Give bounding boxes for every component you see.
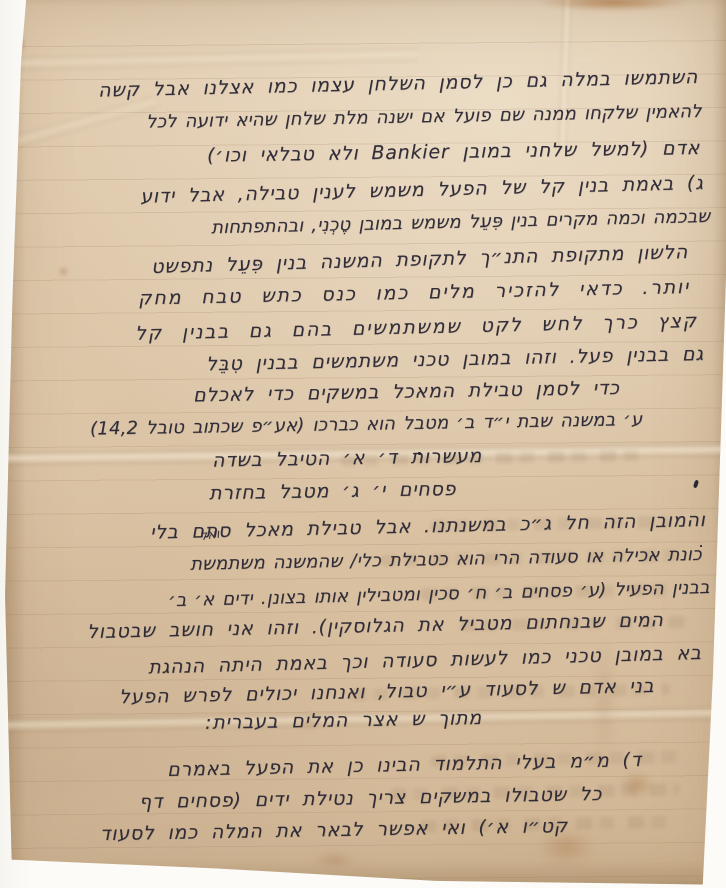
handwritten-line-8: קצץ כרך לחש לקט שמשתמשים בהם גם בבנין קל (135, 310, 698, 345)
stain-left-middle (0, 310, 13, 344)
handwritten-line-21: ד) מ״מ בעלי התלמוד הבינו כן את הפעל באמר… (167, 749, 642, 781)
handwritten-line-7: יותר. כדאי להזכיר מלים כמו כנס כתש טבח מ… (138, 276, 690, 310)
handwritten-line-18: בא במובן טכני כמו לעשות סעודה וכך באמת ה… (148, 642, 702, 678)
handwritten-line-20: מתוך ש אצר המלים בעברית: (205, 707, 482, 734)
handwritten-line-13: פסחים י׳ ג׳ מטבל בחזרת (209, 478, 457, 504)
handwritten-line-16: בבנין הפעיל (ע׳ פסחים ב׳ ח׳ סכין ומטבילי… (168, 577, 710, 611)
handwritten-line-3: אדם (למשל שלחני במובן Bankier ולא טבלאי … (207, 137, 700, 167)
handwritten-line-23: קט״ו א׳) ואי אפשר לבאר את המלה כמו לסעוד (100, 815, 568, 845)
handwritten-line-4: ג) באמת בנין קל של הפעל משמש לענין טבילה… (140, 172, 704, 208)
handwritten-line-11: ע׳ במשנה שבת י״ד ב׳ מטבל הוא כברכו (אע״פ… (89, 409, 642, 440)
interline-insertion: ואל (199, 527, 221, 545)
handwritten-line-15: כונת אכילה או סעודה הרי הוא כטבילת כלי/ … (190, 544, 702, 575)
handwritten-line-10: כדי לסמן טבילת המאכל במשקים כדי לאכלם (193, 377, 620, 406)
handwritten-line-22: כל שטבולו במשקים צריך נטילת ידים (פסחים … (139, 783, 602, 813)
handwritten-line-12: מעשרות ד׳ א׳ הטיבל בשדה (212, 445, 482, 472)
handwritten-line-9: גם בבנין פעל. וזהו במובן טכני משתמשים בב… (206, 343, 704, 375)
handwriting-layer: השתמשו במלה גם כן לסמן השלחן עצמו כמו אצ… (0, 0, 726, 888)
handwritten-line-19: בני אדם ש לסעוד ע״י טבול, ואנחנו יכולים … (118, 675, 654, 708)
handwritten-line-5: שבכמה וכמה מקרים בנין פִּעֵל משמש במובן … (211, 206, 711, 238)
handwritten-line-2: להאמין שלקחו ממנה שם פועל אם ישנה מלת של… (146, 101, 702, 133)
scanned-letter: השתמשו במלה גם כן לסמן השלחן עצמו כמו אצ… (0, 0, 726, 888)
handwritten-line-17: המים שבנחתום מטביל את הגלוסקין). וזהו אנ… (87, 609, 664, 643)
handwritten-line-14: והמובן הזה חל ג״כ במשנתנו. אבל טבילת מאכ… (150, 509, 706, 544)
paper-sheet: השתמשו במלה גם כן לסמן השלחן עצמו כמו אצ… (0, 0, 726, 888)
handwritten-line-1: השתמשו במלה גם כן לסמן השלחן עצמו כמו אצ… (98, 66, 698, 102)
handwritten-line-6: הלשון מתקופת התנ״ך לתקופת המשנה בנין פִּ… (151, 241, 688, 278)
